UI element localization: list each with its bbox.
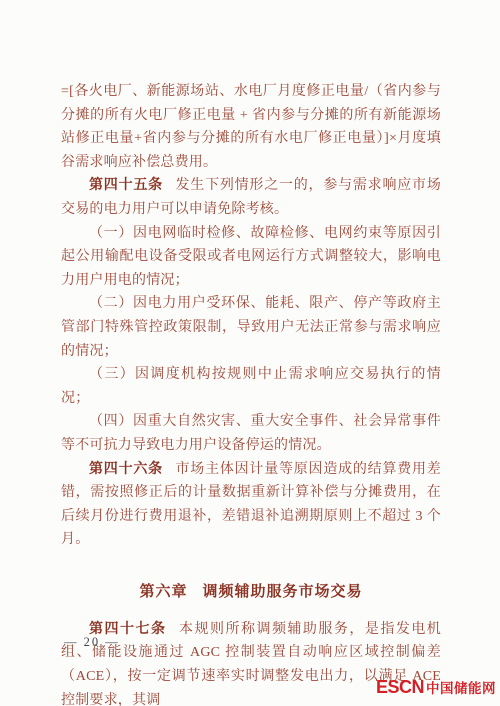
chapter-title: 调频辅助服务市场交易: [203, 584, 363, 600]
article-46-number: 第四十六条: [89, 462, 163, 477]
document-page: =[各火电厂、新能源场站、水电厂月度修正电量/（省内参与分摊的所有火电厂修正电量…: [0, 0, 500, 706]
paragraph-item-3: （三）因调度机构按规则中止需求响应交易执行的情况；: [61, 363, 441, 410]
logo-latin-text: ESCN: [376, 677, 424, 697]
escn-logo: ESCN中国储能网: [376, 677, 496, 699]
document-content: =[各火电厂、新能源场站、水电厂月度修正电量/（省内参与分摊的所有火电厂修正电量…: [61, 80, 441, 706]
page-number: — 20 —: [64, 635, 120, 650]
paragraph-article-46: 第四十六条市场主体因计量等原因造成的结算费用差错，需按照修正后的计量数据重新计算…: [61, 458, 441, 552]
chapter-number: 第六章: [139, 584, 187, 600]
paragraph-item-4: （四）因重大自然灾害、重大安全事件、社会异常事件等不可抗力导致电力用户设备停运的…: [61, 410, 441, 457]
paragraph-article-45: 第四十五条发生下列情形之一的，参与需求响应市场交易的电力用户可以申请免除考核。: [61, 174, 441, 221]
paragraph-item-1: （一）因电网临时检修、故障检修、电网约束等原因引起公用输配电设备受限或者电网运行…: [61, 222, 441, 293]
paragraph-formula-continuation: =[各火电厂、新能源场站、水电厂月度修正电量/（省内参与分摊的所有火电厂修正电量…: [61, 80, 441, 174]
paragraph-item-2: （二）因电力用户受环保、能耗、限产、停产等政府主管部门特殊管控政策限制，导致用户…: [61, 292, 441, 363]
logo-cjk-text: 中国储能网: [426, 681, 496, 696]
article-45-number: 第四十五条: [89, 178, 163, 193]
chapter-heading: 第六章调频辅助服务市场交易: [61, 579, 441, 605]
